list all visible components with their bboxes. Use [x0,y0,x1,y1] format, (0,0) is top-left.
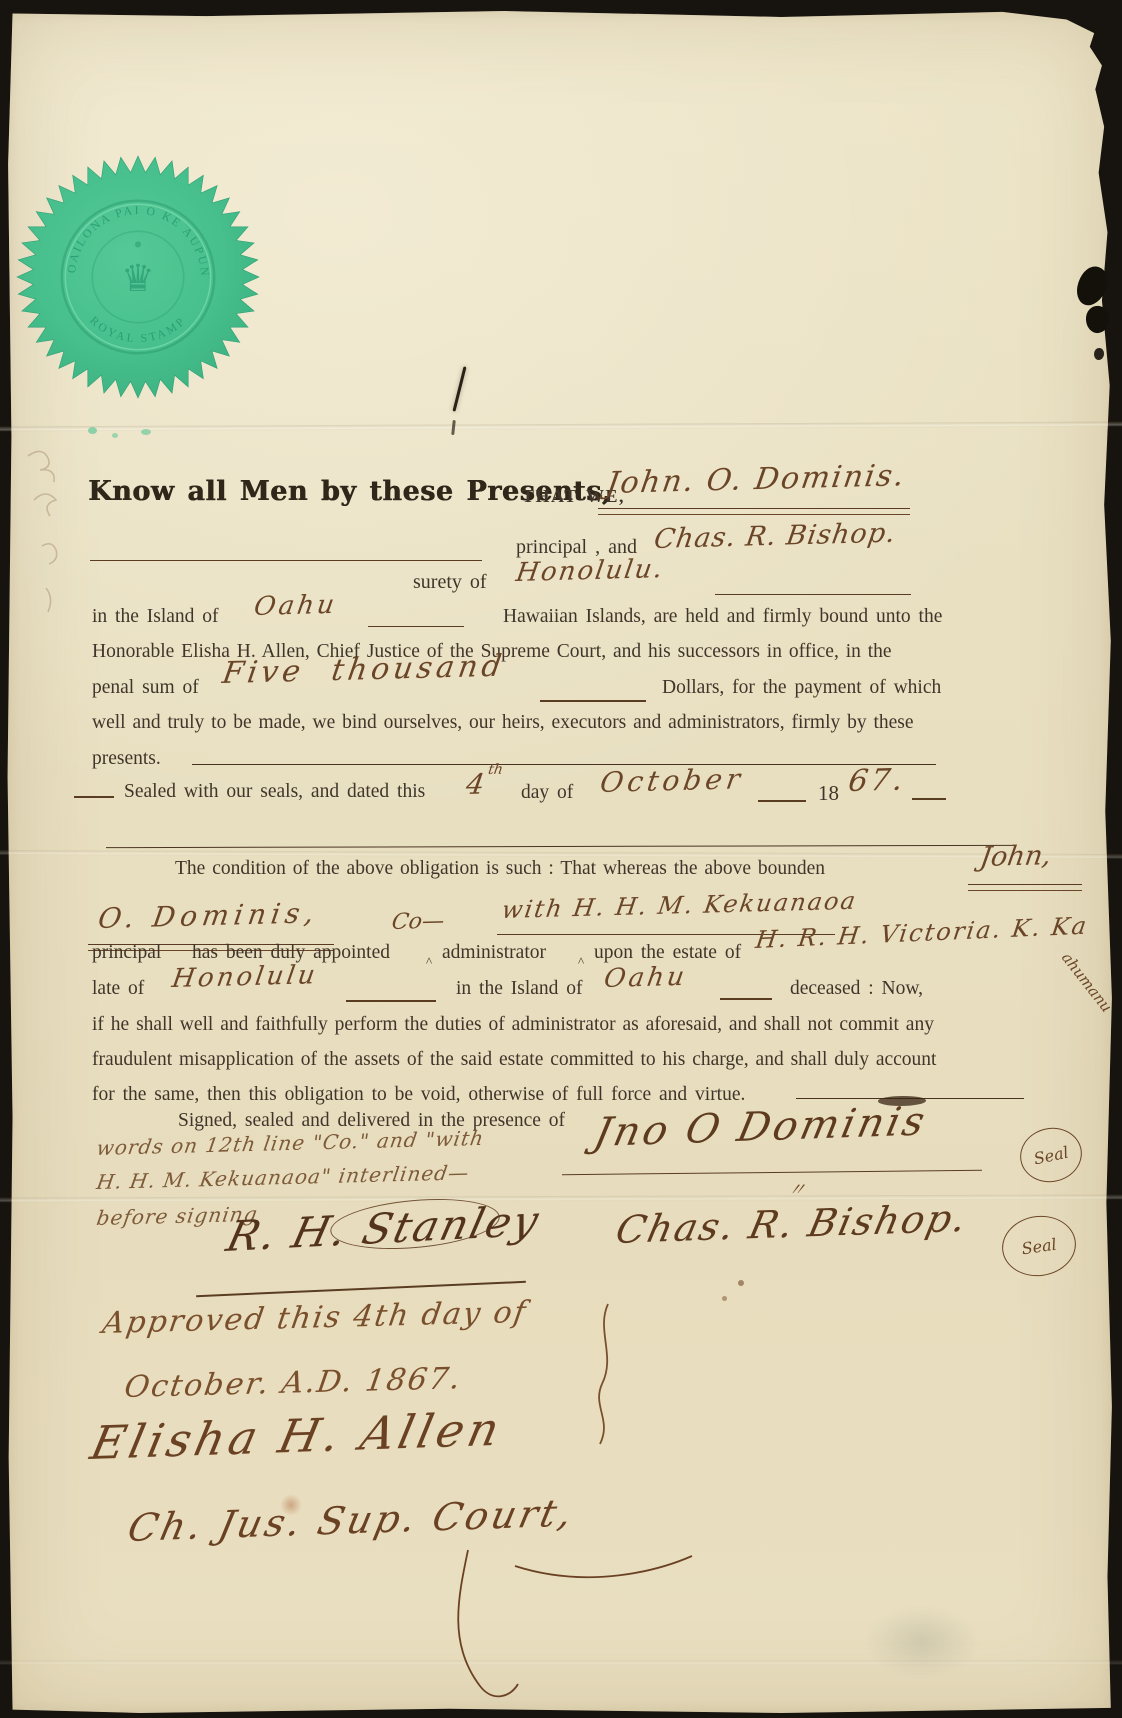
paper-stain [280,1494,302,1516]
perform-line: if he shall well and faithfully perform … [92,1014,934,1036]
crown-icon: ♛ [121,258,155,300]
day-ordinal-sup: th [487,762,504,778]
dash-rule [720,998,772,1000]
late-place-handwritten: Honolulu [170,960,320,994]
condition-lead: The condition of the above obligation is… [175,858,825,880]
upon-estate-text: upon the estate of [594,942,741,964]
approval-squiggle [592,1300,622,1450]
bounden-name-john: John, [978,840,1053,873]
blank-rule [540,700,646,702]
surety-name-handwritten: Chas. R. Bishop. [652,518,898,555]
sealed-dated-label: Sealed with our seals, and dated this [124,781,425,803]
blank-rule [346,1000,436,1002]
island-label-2: in the Island of [456,978,583,1000]
ink-spot [738,1280,744,1286]
allen-flourish [340,1548,710,1713]
bind-line: well and truly to be made, we bind ourse… [92,712,914,734]
dollars-line: Dollars, for the payment of which [662,677,941,699]
month-handwritten: October [598,762,746,799]
pencil-ghost-marks [16,438,96,618]
deceased-text: deceased : Now, [790,978,923,1000]
blank-rule [368,626,464,627]
presents-word: presents. [92,748,161,770]
double-underline [968,884,1082,891]
day-of-label: day of [521,782,573,804]
surety-of-label: surety of [413,571,487,594]
late-of-label: late of [92,978,144,1000]
dash-rule [758,800,806,802]
document-scan: HOAILONA PAI O KE AUPUNI ROYAL STAMP ♛ K… [0,0,1122,1718]
year-handwritten: 67. [846,763,908,799]
island-value-2-handwritten: Oahu [602,962,689,994]
bounden-name-dominis: O. Dominis, [96,896,321,935]
ink-spot [722,1296,727,1301]
dash-rule [74,796,114,798]
seal-fragment [88,427,97,434]
blank-rule [90,560,482,561]
principal-word: principal [92,942,161,964]
surety-place-handwritten: Honolulu. [514,554,666,588]
royal-stamp-seal: HOAILONA PAI O KE AUPUNI ROYAL STAMP ♛ [16,154,260,400]
island-value-handwritten: Oahu [252,590,339,622]
island-label: in the Island of [92,606,219,628]
caret-mark: ^ [578,954,584,970]
penal-sum-label: penal sum of [92,677,199,699]
seal-fragment [112,433,118,438]
bound-unto-text: Hawaiian Islands, are held and firmly bo… [503,606,942,628]
seal-word: Seal [1032,1142,1070,1168]
seal-word: Seal [1020,1234,1057,1258]
administrator-word: administrator [442,942,546,964]
caret-mark: ^ [426,954,432,970]
double-underline [598,508,910,515]
void-line: for the same, then this obligation to be… [92,1084,745,1106]
blank-rule [715,594,911,595]
year-printed: 18 [818,781,839,806]
interlined-co: Co— [390,909,446,935]
seal-fragment [141,429,151,435]
dash-rule [912,798,946,800]
fraud-line: fraudulent misapplication of the assets … [92,1049,936,1071]
presents-rule [192,764,936,765]
faint-smudge [866,1606,978,1678]
